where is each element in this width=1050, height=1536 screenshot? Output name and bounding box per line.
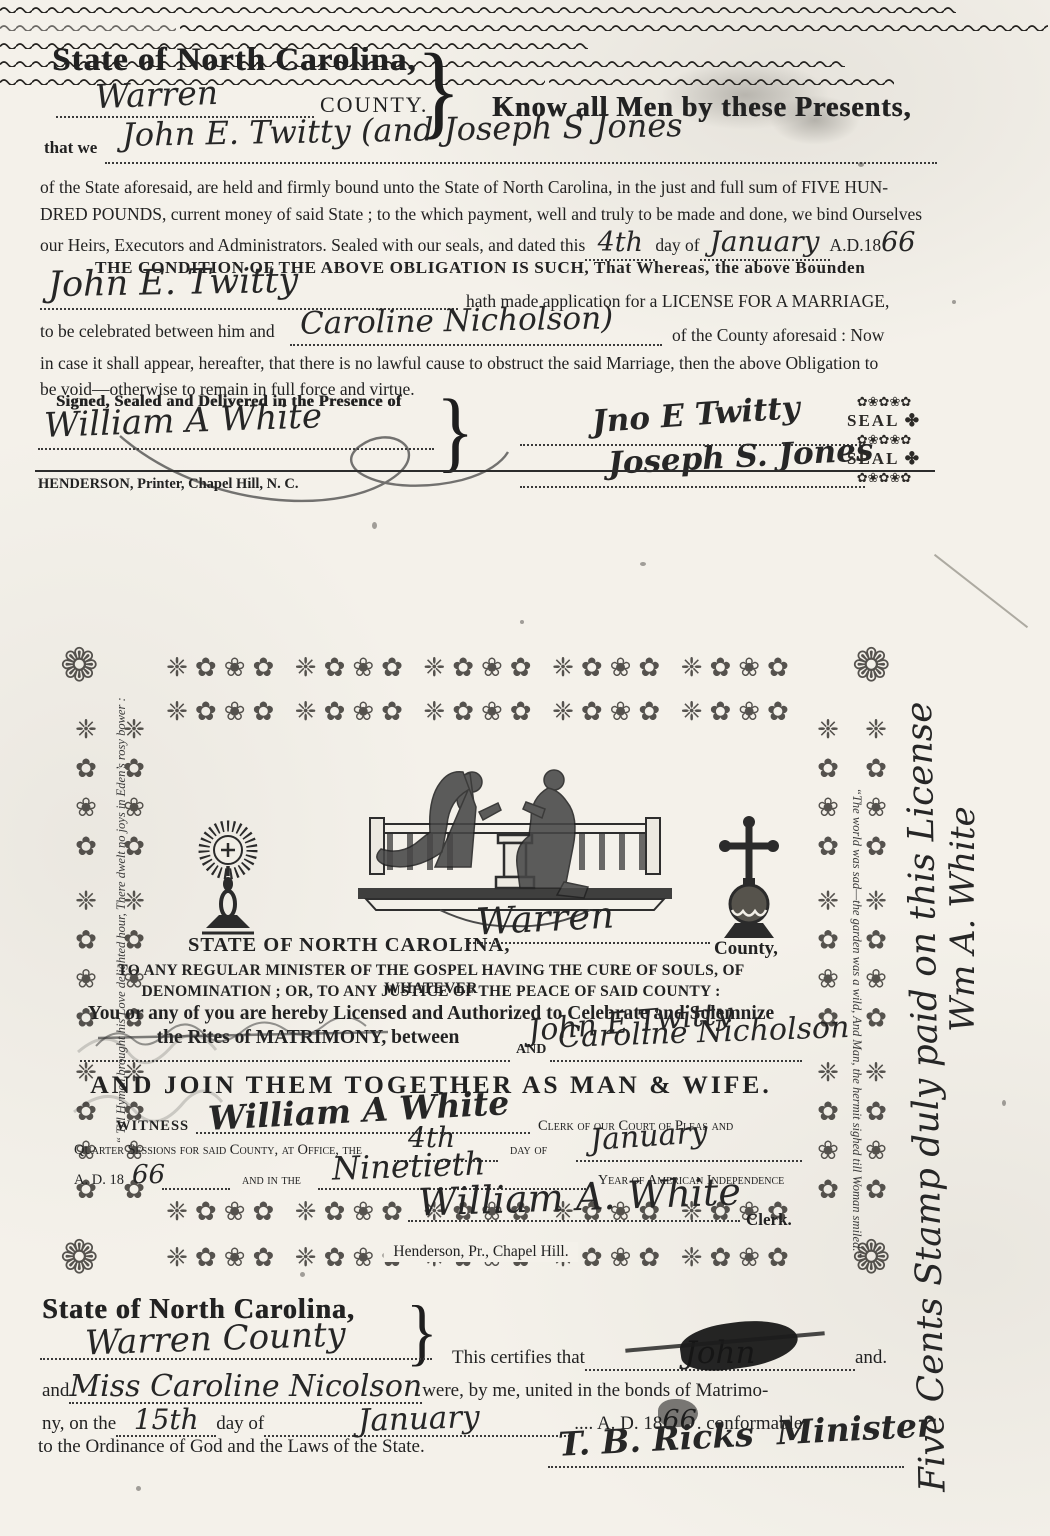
that-we-label: that we — [44, 138, 97, 158]
certifies-label: This certifies that — [452, 1347, 585, 1369]
seal-flower-border: ✿❀✿❀✿ — [828, 392, 940, 411]
day-of-label: day of — [510, 1142, 547, 1159]
right-border-verse: “The world was sad—the garden was a wild… — [849, 788, 864, 1150]
day-handwritten: 4th — [598, 227, 643, 258]
margin-note-line1: Five Cents Stamp duly paid on this Licen… — [900, 612, 951, 1492]
scanned-marriage-document: State of North Carolina, } Warren COUNTY… — [0, 0, 1050, 1536]
border-ornament-top: ❈✿❀✿ ❈✿❀✿ ❈✿❀✿ ❈✿❀✿ ❈✿❀✿ ❈✿❀✿ ❈✿❀✿ ❈✿❀✿ … — [162, 646, 800, 736]
witness-fill-line — [38, 416, 434, 450]
bond-body-line1: of the State aforesaid, are held and fir… — [40, 174, 888, 201]
bond-printer-credit: HENDERSON, Printer, Chapel Hill, N. C. — [38, 476, 298, 493]
paper-speck — [300, 1272, 305, 1277]
minister-fill-line — [548, 1438, 904, 1468]
corner-ornament: ❁ — [852, 638, 898, 692]
witness-fill-line — [196, 1106, 530, 1134]
license-certificate: ❈✿❀✿ ❈✿❀✿ ❈✿❀✿ ❈✿❀✿ ❈✿❀✿ ❈✿❀✿ ❈✿❀✿ ❈✿❀✿ … — [58, 642, 904, 1287]
license-state-heading: STATE OF NORTH CAROLINA, — [188, 934, 510, 957]
applicant-handwritten: John E. Twitty — [48, 264, 299, 303]
aforesaid-line: of the County aforesaid : Now — [672, 322, 884, 349]
and-label: AND — [516, 1042, 546, 1058]
cross-icon — [706, 810, 792, 942]
bond-title: State of North Carolina, — [52, 42, 416, 79]
paper-speck — [520, 620, 524, 624]
seal-stamp: ✿❀✿❀✿ SEAL ✤ ✿❀✿❀✿ SEAL ✤ ✿❀✿❀✿ — [828, 392, 940, 487]
seal-label: SEAL ✤ — [828, 411, 940, 430]
return-bride-fill: Miss Caroline Nicolson — [69, 1372, 422, 1404]
bondsmen-handwritten: John E. Twitty (and Joseph S Jones — [122, 109, 683, 151]
day-of-label: day of — [216, 1413, 264, 1435]
paper-speck — [372, 522, 377, 529]
license-county-handwritten: Warren — [475, 896, 615, 940]
bond-dated-text: our Heirs, Executors and Administrators.… — [40, 232, 585, 259]
paper-speck — [952, 300, 956, 304]
clerk-title: Clerk. — [746, 1210, 792, 1230]
ad-prefix: A.D.18 — [830, 232, 882, 259]
paper-speck — [640, 562, 646, 566]
return-certifies-row: This certifies that John and. — [452, 1338, 887, 1371]
stamp-margin-note: Five Cents Stamp duly paid on this Licen… — [908, 612, 980, 1492]
day-fill: 4th — [585, 229, 655, 261]
return-day-handwritten: 15th — [134, 1403, 199, 1436]
month-fill-line — [576, 1134, 802, 1162]
month-handwritten: January — [710, 225, 820, 258]
corner-ornament: ❁ — [60, 638, 106, 692]
return-month-fill: January — [264, 1404, 574, 1437]
day-of-label: day of — [655, 232, 699, 259]
printer-rule — [35, 470, 935, 472]
and-in-the-label: and in the — [242, 1172, 301, 1189]
addressee-line2: DENOMINATION ; OR, TO ANY JUSTICE OF THE… — [78, 983, 784, 1001]
return-bride-handwritten: Miss Caroline Nicolson — [69, 1369, 422, 1404]
bond-body-line3: our Heirs, Executors and Administrators.… — [40, 228, 915, 261]
monstrance-icon — [190, 814, 266, 942]
license-printer-credit: Henderson, Pr., Chapel Hill. — [383, 1242, 578, 1262]
clerk-signature-fill — [408, 1192, 740, 1222]
celebrated-line: to be celebrated between him and — [40, 318, 275, 345]
wavy-rule — [0, 4, 956, 13]
bond-body-line2: DRED POUNDS, current money of said State… — [40, 201, 922, 228]
license-county-label: County, — [714, 938, 778, 960]
corner-ornament: ❁ — [60, 1230, 106, 1284]
return-month-handwritten: January — [358, 1402, 481, 1437]
year-handwritten: 66 — [881, 229, 915, 256]
paper-speck — [136, 1486, 141, 1491]
bleed-through-mark — [68, 1022, 228, 1172]
ad-prefix: A. D. 18 — [74, 1172, 124, 1189]
bride-handwritten: Caroline Nicholson) — [300, 303, 614, 339]
paper-speck — [858, 162, 864, 167]
condition-line3: in case it shall appear, hereafter, that… — [40, 350, 878, 377]
return-bride-row: and Miss Caroline Nicolson were, by me, … — [42, 1372, 768, 1404]
month-fill: January — [700, 228, 830, 261]
kneeling-woman — [377, 772, 501, 867]
ordinance-line: to the Ordinance of God and the Laws of … — [38, 1436, 425, 1458]
brace-mark: } — [436, 387, 474, 477]
return-day-fill: 15th — [116, 1406, 216, 1437]
return-groom-fill: John — [585, 1338, 855, 1371]
county-handwritten: Warren — [94, 76, 218, 113]
seal-label: SEAL ✤ — [828, 449, 940, 468]
and-label: and — [42, 1380, 69, 1402]
bride-fill-line — [550, 1034, 802, 1062]
ny-prefix: ny, on the — [42, 1413, 116, 1435]
seal-flower-border: ✿❀✿❀✿ — [828, 430, 940, 449]
return-county-handwritten: Warren County — [84, 1317, 346, 1360]
paper-speck — [1002, 1100, 1006, 1106]
wavy-rule — [180, 22, 1048, 31]
signature2-fill-line — [520, 456, 865, 488]
wavy-rule — [0, 22, 176, 31]
and-trailing: and. — [855, 1347, 887, 1369]
